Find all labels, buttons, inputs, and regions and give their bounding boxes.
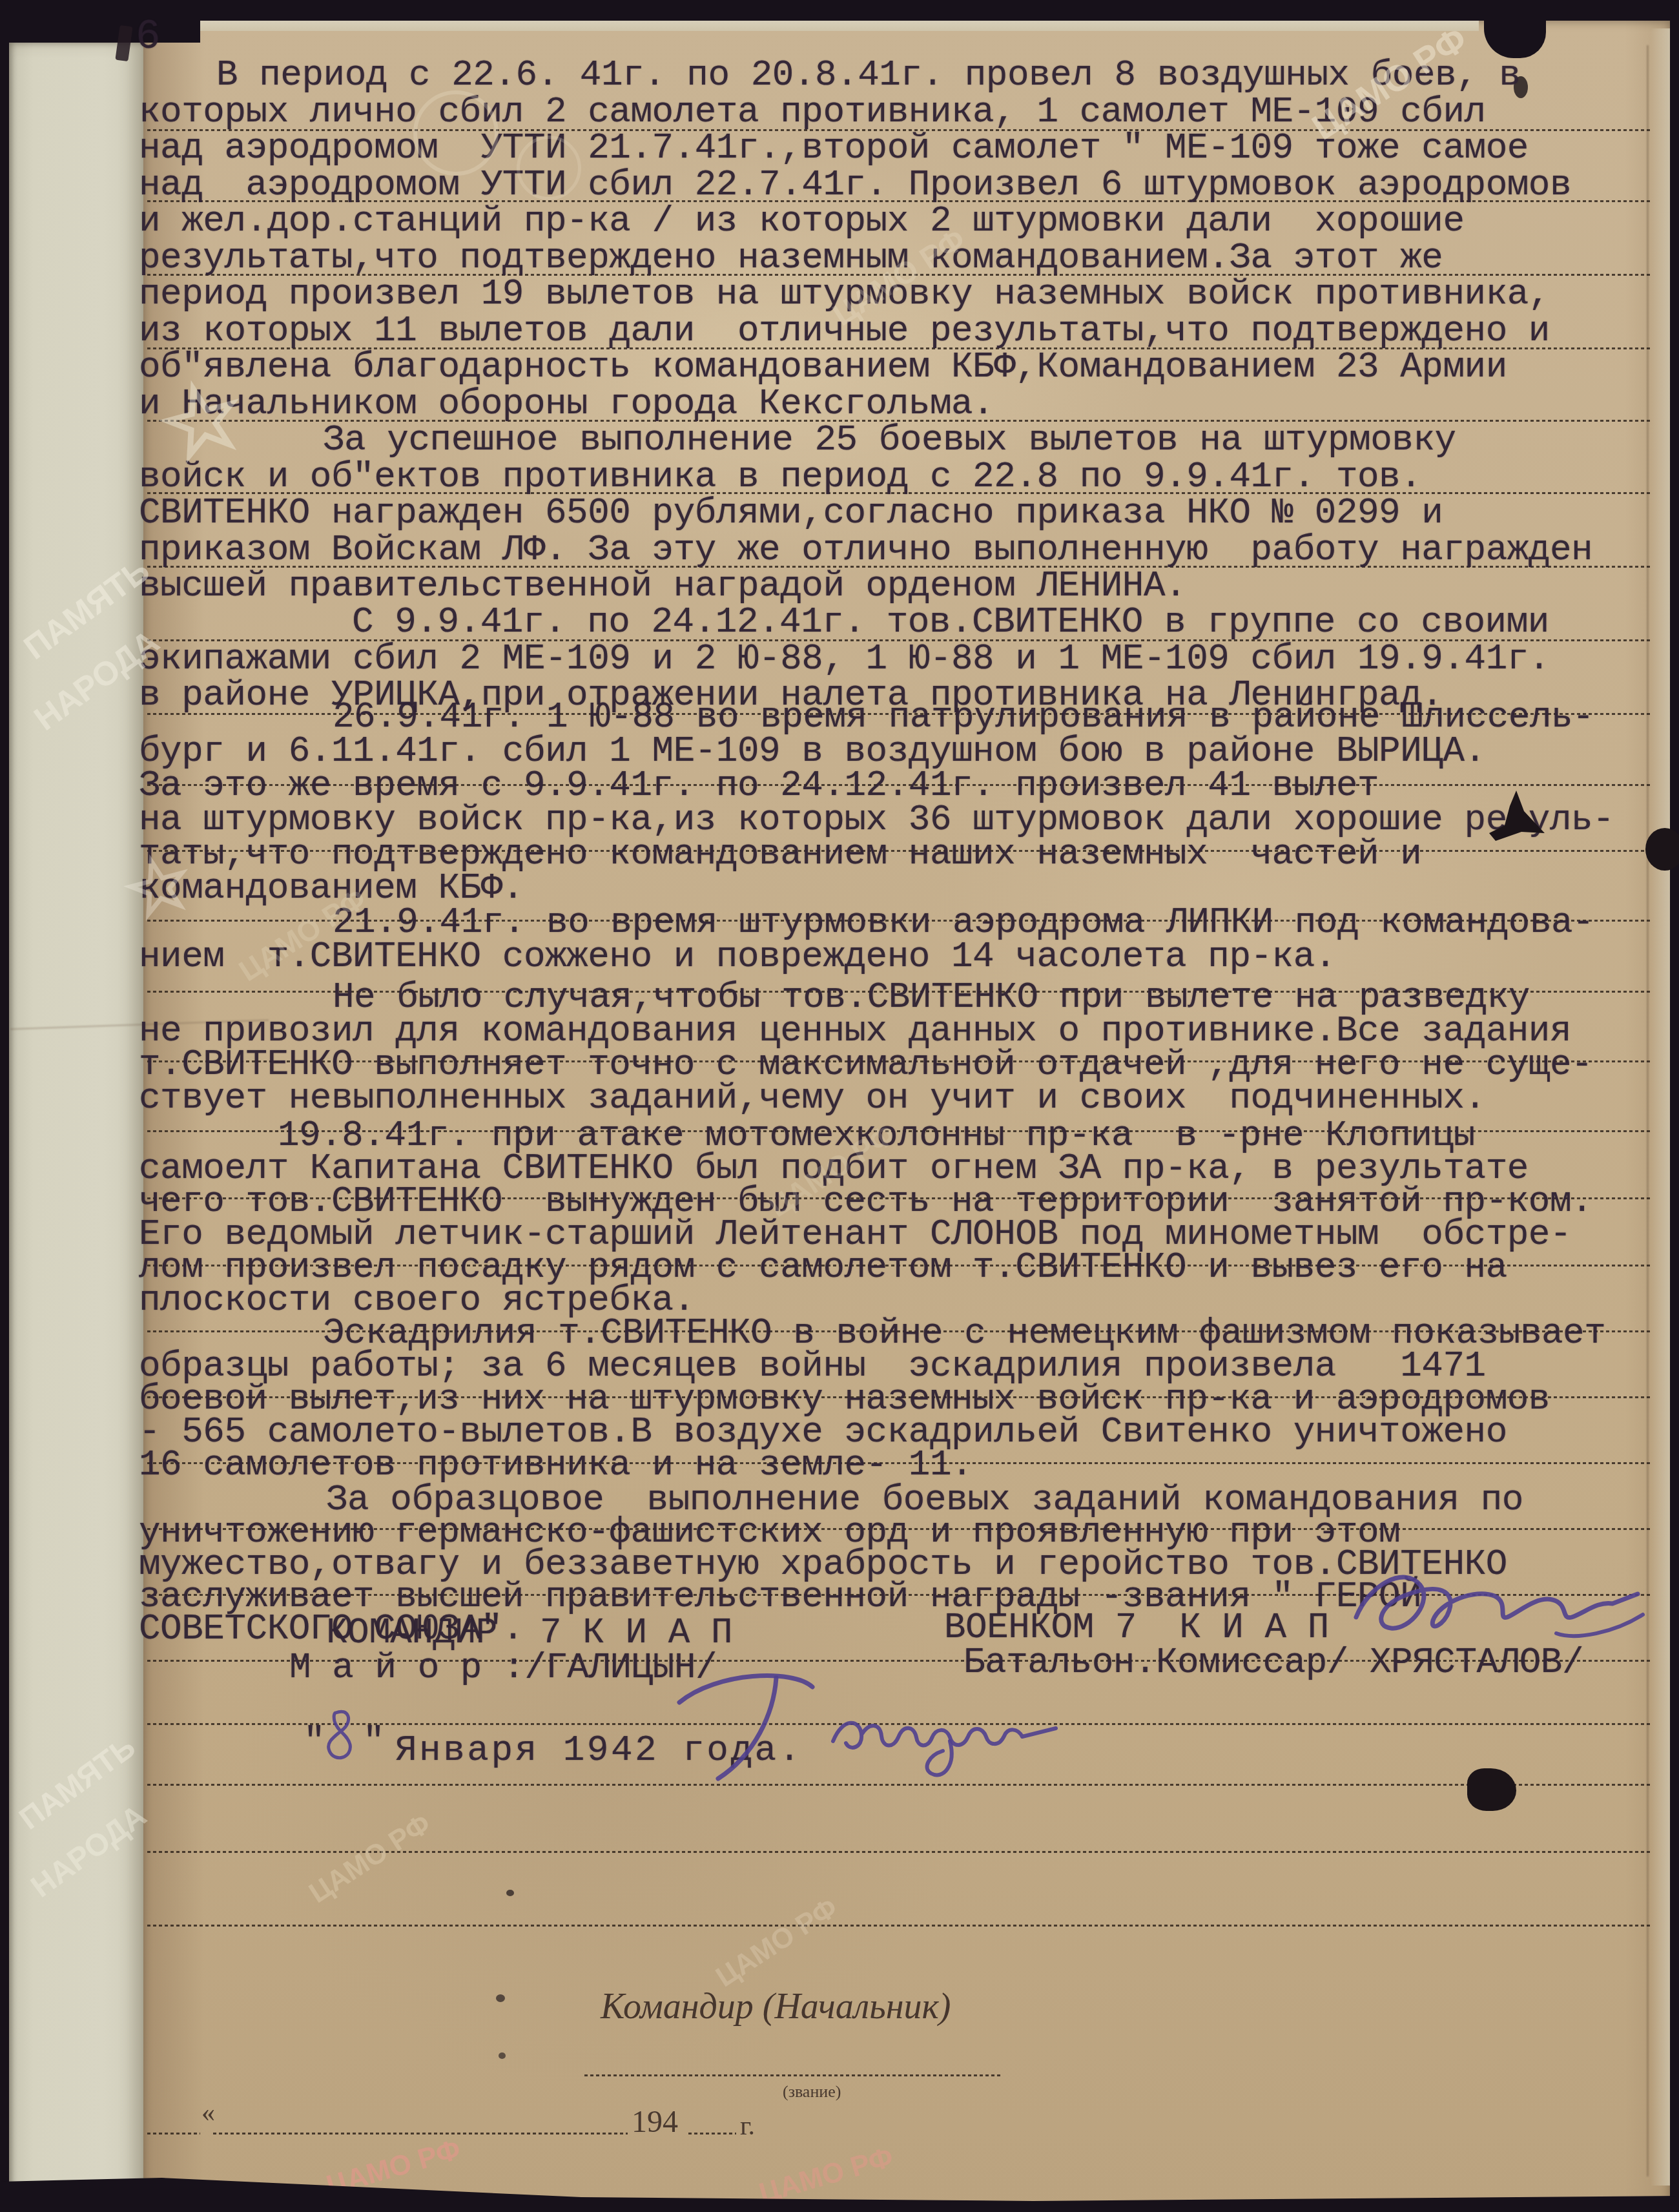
typed-line: ствует невыполненных заданий,чему он учи…	[139, 1077, 1486, 1119]
galitsyn-signature-ink	[639, 1652, 1130, 1788]
footer-rule-segment	[147, 2133, 200, 2134]
commander-form-label: Командир (Начальник)	[601, 1986, 951, 2027]
paper-crease-vertical	[1647, 45, 1649, 2176]
ink-speck	[506, 1890, 514, 1896]
typed-line: высшей правительственной наградой ордено…	[139, 565, 1186, 606]
typed-line: период произвел 19 вылетов на штурмовку …	[139, 273, 1550, 315]
ink-speck	[496, 1994, 505, 2002]
rank-caption: (звание)	[783, 2082, 841, 2102]
scan-border-right	[1670, 0, 1679, 2212]
handwritten-day-ink	[314, 1705, 359, 1770]
year-suffix: г.	[740, 2111, 755, 2142]
scan-border-top	[0, 0, 1679, 21]
scan-border-bottom	[0, 2170, 1679, 2212]
typed-line: из которых 11 вылетов дали отличные резу…	[139, 310, 1550, 351]
typed-line: экипажами сбил 2 МЕ-109 и 2 Ю-88, 1 Ю-88…	[139, 638, 1550, 679]
year-prefix: 194	[632, 2104, 678, 2140]
typed-line: приказом Войскам ЛФ. За эту же отлично в…	[139, 529, 1592, 570]
footer-rule-segment	[213, 2133, 628, 2134]
scan-border-left	[0, 0, 9, 2212]
typed-line: об"явлена благодарность командованием КБ…	[139, 346, 1507, 388]
typed-line: В период с 22.6. 41г. по 20.8.41г. прове…	[216, 54, 1520, 96]
typed-line: результаты,что подтверждено наземным ком…	[139, 237, 1443, 278]
edge-notch-blot	[1645, 828, 1679, 871]
footer-open-quote: «	[201, 2098, 215, 2129]
form-dotted-rule	[147, 1851, 1652, 1853]
typed-line: и жел.дор.станций пр-ка / из которых 2 ш…	[139, 200, 1465, 242]
paper-ring-mark	[413, 90, 499, 176]
paper-right-edge	[1651, 28, 1670, 2186]
ink-blot-tear	[1483, 787, 1554, 851]
typed-line: над аэродромом УТТИ сбил 22.7.41г. Произ…	[139, 164, 1571, 205]
scanned-document-page: 6 В период с 22.6. 41г. по 20.8.41г. про…	[0, 0, 1679, 2212]
page-number: 6	[136, 14, 160, 61]
khryastalov-signature-ink	[1342, 1555, 1652, 1668]
typed-line: С 9.9.41г. по 24.12.41г. тов.СВИТЕНКО в …	[352, 601, 1549, 643]
typed-line: нием т.СВИТЕНКО сожжено и повреждено 14 …	[139, 936, 1336, 977]
paper-ring-mark	[517, 136, 581, 200]
footer-rule-segment	[688, 2133, 736, 2134]
typed-line: и Начальником обороны города Кексгольма.	[139, 383, 994, 424]
typed-line: За успешное выполнение 25 боевых вылетов…	[323, 419, 1456, 460]
scan-border-top-left	[0, 0, 200, 43]
typed-line: которых лично сбил 2 самолета противника…	[139, 91, 1486, 132]
typed-line: над аэродромом УТТИ 21.7.41г.,второй сам…	[139, 127, 1529, 169]
signature-rule-line	[584, 2074, 1001, 2076]
form-dotted-rule	[147, 1925, 1652, 1927]
ink-blot-round	[1467, 1768, 1516, 1811]
typed-line: СВИТЕНКО награжден 6500 рублями,согласно…	[139, 492, 1443, 533]
typed-line: войск и об"ектов противника в период с 2…	[139, 456, 1421, 497]
previous-page-edge	[9, 43, 143, 2212]
date-quote-close: "	[363, 1721, 384, 1762]
ink-speck	[499, 2052, 506, 2059]
